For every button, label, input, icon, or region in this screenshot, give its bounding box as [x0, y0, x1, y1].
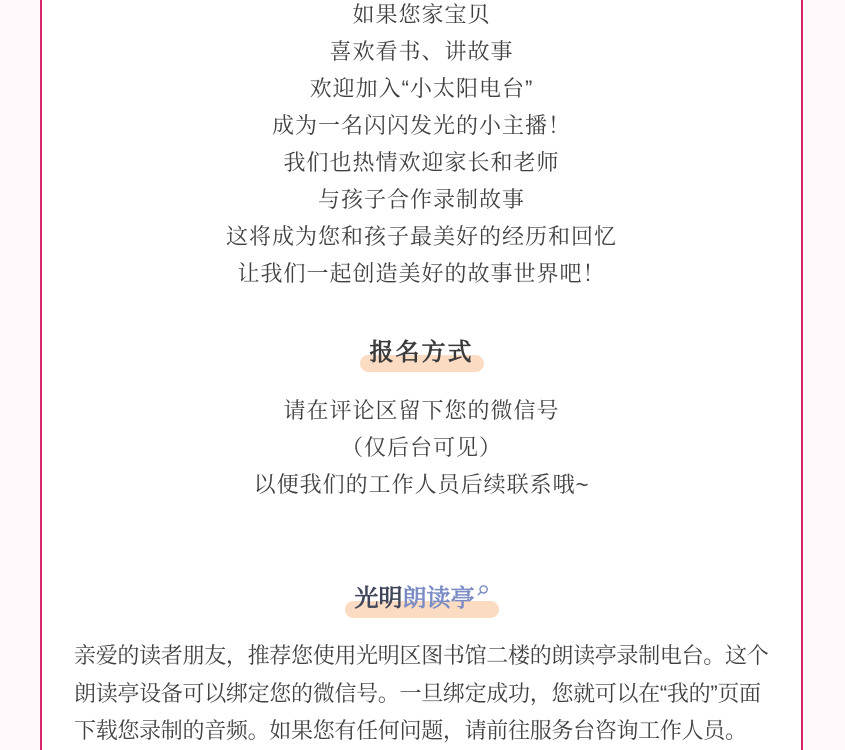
intro-line: 喜欢看书、讲故事	[42, 33, 801, 70]
intro-line: 欢迎加入“小太阳电台”	[42, 70, 801, 107]
paragraph-line: 朗读亭设备可以绑定您的微信号。一旦绑定成功，您就可以在“我的”页面	[74, 675, 785, 713]
signup-line: 以便我们的工作人员后续联系哦~	[42, 466, 801, 503]
reading-booth-heading: 光明朗读亭	[355, 582, 489, 615]
intro-line: 我们也热情欢迎家长和老师	[42, 144, 801, 181]
article-content: 如果您家宝贝 喜欢看书、讲故事 欢迎加入“小太阳电台” 成为一名闪闪发光的小主播…	[40, 0, 803, 750]
paragraph-line: 亲爱的读者朋友，推荐您使用光明区图书馆二楼的朗读亭录制电台。这个	[74, 637, 785, 675]
intro-line: 如果您家宝贝	[42, 0, 801, 33]
signup-heading-label: 报名方式	[370, 339, 474, 366]
signup-line: 请在评论区留下您的微信号	[42, 392, 801, 429]
intro-line: 让我们一起创造美好的故事世界吧！	[42, 255, 801, 292]
intro-line: 成为一名闪闪发光的小主播！	[42, 107, 801, 144]
signup-heading: 报名方式	[370, 336, 474, 369]
magnifier-icon	[476, 584, 489, 597]
signup-line: （仅后台可见）	[42, 429, 801, 466]
intro-line: 与孩子合作录制故事	[42, 181, 801, 218]
heading-dark-part: 光明	[355, 585, 403, 612]
intro-section: 如果您家宝贝 喜欢看书、讲故事 欢迎加入“小太阳电台” 成为一名闪闪发光的小主播…	[42, 0, 801, 292]
reading-booth-paragraph: 亲爱的读者朋友，推荐您使用光明区图书馆二楼的朗读亭录制电台。这个 朗读亭设备可以…	[74, 637, 785, 750]
signup-section: 请在评论区留下您的微信号 （仅后台可见） 以便我们的工作人员后续联系哦~	[42, 392, 801, 503]
intro-line: 这将成为您和孩子最美好的经历和回忆	[42, 218, 801, 255]
signup-heading-row: 报名方式	[42, 336, 801, 369]
reading-booth-heading-label: 光明朗读亭	[355, 585, 489, 612]
heading-blue-part: 朗读亭	[403, 585, 475, 612]
reading-booth-heading-row: 光明朗读亭	[42, 582, 801, 615]
paragraph-line: 下载您录制的音频。如果您有任何问题，请前往服务台咨询工作人员。	[74, 712, 785, 750]
